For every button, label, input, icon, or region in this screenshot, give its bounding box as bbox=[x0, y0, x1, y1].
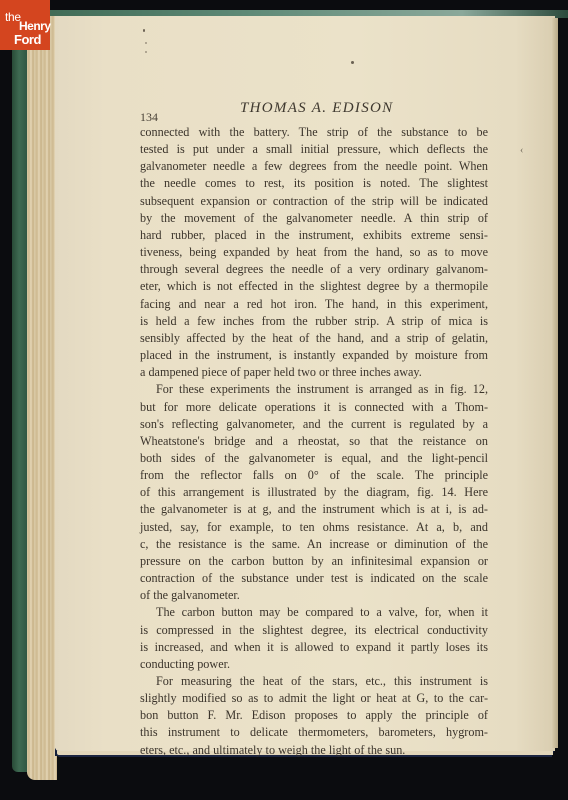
text-line: hard rubber, placed in the instrument, e… bbox=[140, 227, 488, 244]
text-line: the needle comes to rest, its position i… bbox=[140, 175, 488, 192]
text-line: For these experiments the instrument is … bbox=[140, 381, 488, 398]
text-line: through several degrees the needle of a … bbox=[140, 261, 488, 278]
henry-ford-logo[interactable]: the Henry Ford bbox=[0, 0, 50, 50]
text-line: but for more delicate operations it is c… bbox=[140, 399, 488, 416]
margin-mark: ‹ bbox=[520, 145, 523, 156]
text-line: from the reflector falls on 0° of the sc… bbox=[140, 467, 488, 484]
text-line: the galvanometer is at g, and the instru… bbox=[140, 501, 488, 518]
text-line: subsequent expansion or contraction of t… bbox=[140, 193, 488, 210]
page-stack-edges bbox=[27, 16, 57, 780]
logo-henry: Henry bbox=[19, 19, 51, 33]
text-line: both sides of the galvanometer is equal,… bbox=[140, 450, 488, 467]
text-line: bon button F. Mr. Edison proposes to app… bbox=[140, 707, 488, 724]
text-line: eters, etc., and ultimately to weigh the… bbox=[140, 742, 488, 759]
paragraph: For these experiments the instrument is … bbox=[140, 381, 488, 604]
text-line: pressure on the carbon button by an infi… bbox=[140, 553, 488, 570]
paper-speck bbox=[143, 29, 145, 32]
text-line: by the movement of the galvanometer need… bbox=[140, 210, 488, 227]
paragraph: connected with the battery. The strip of… bbox=[140, 124, 488, 381]
text-line: is compressed in the slightest degree, i… bbox=[140, 622, 488, 639]
text-line: tiveness, being expanded by heat from th… bbox=[140, 244, 488, 261]
text-line: Wheatstone's bridge and a rheostat, so t… bbox=[140, 433, 488, 450]
text-line: justed, say, for example, to ten ohms re… bbox=[140, 519, 488, 536]
text-line: slightly modified so as to admit the lig… bbox=[140, 690, 488, 707]
text-line: The carbon button may be compared to a v… bbox=[140, 604, 488, 621]
text-line: sensibly affected by the heat of the han… bbox=[140, 330, 488, 347]
text-line: of this arrangement is illustrated by th… bbox=[140, 484, 488, 501]
text-line: c, the resistance is the same. An increa… bbox=[140, 536, 488, 553]
paragraph: The carbon button may be compared to a v… bbox=[140, 604, 488, 673]
page-number: 134 bbox=[140, 110, 158, 125]
paper-speck bbox=[145, 42, 147, 44]
running-head: THOMAS A. EDISON bbox=[240, 100, 393, 117]
text-line: is increased, and when it is allowed to … bbox=[140, 639, 488, 656]
paper-speck bbox=[351, 61, 354, 64]
text-line: is held a few inches from the rubber str… bbox=[140, 313, 488, 330]
text-line: son's reflecting galvanometer, and the c… bbox=[140, 416, 488, 433]
text-line: a dampened piece of paper held two or th… bbox=[140, 364, 488, 381]
text-line: facing and near a red hot iron. The hand… bbox=[140, 296, 488, 313]
text-line: placed in the instrument, is instantly e… bbox=[140, 347, 488, 364]
text-line: conducting power. bbox=[140, 656, 488, 673]
paper-speck bbox=[145, 51, 147, 53]
text-line: galvanometer needle a few degrees from t… bbox=[140, 158, 488, 175]
text-line: connected with the battery. The strip of… bbox=[140, 124, 488, 141]
page-gutter-shadow bbox=[552, 18, 558, 748]
text-line: this instrument to delicate thermometers… bbox=[140, 724, 488, 741]
text-line: eter, which is not effected in the sligh… bbox=[140, 278, 488, 295]
text-line: tested is put under a small initial pres… bbox=[140, 141, 488, 158]
text-line: of the galvanometer. bbox=[140, 587, 488, 604]
logo-ford: Ford bbox=[14, 32, 41, 47]
text-line: For measuring the heat of the stars, etc… bbox=[140, 673, 488, 690]
text-line: contraction of the substance under test … bbox=[140, 570, 488, 587]
body-text: connected with the battery. The strip of… bbox=[140, 124, 488, 759]
book-cover-spine bbox=[12, 14, 28, 772]
paragraph: For measuring the heat of the stars, etc… bbox=[140, 673, 488, 759]
